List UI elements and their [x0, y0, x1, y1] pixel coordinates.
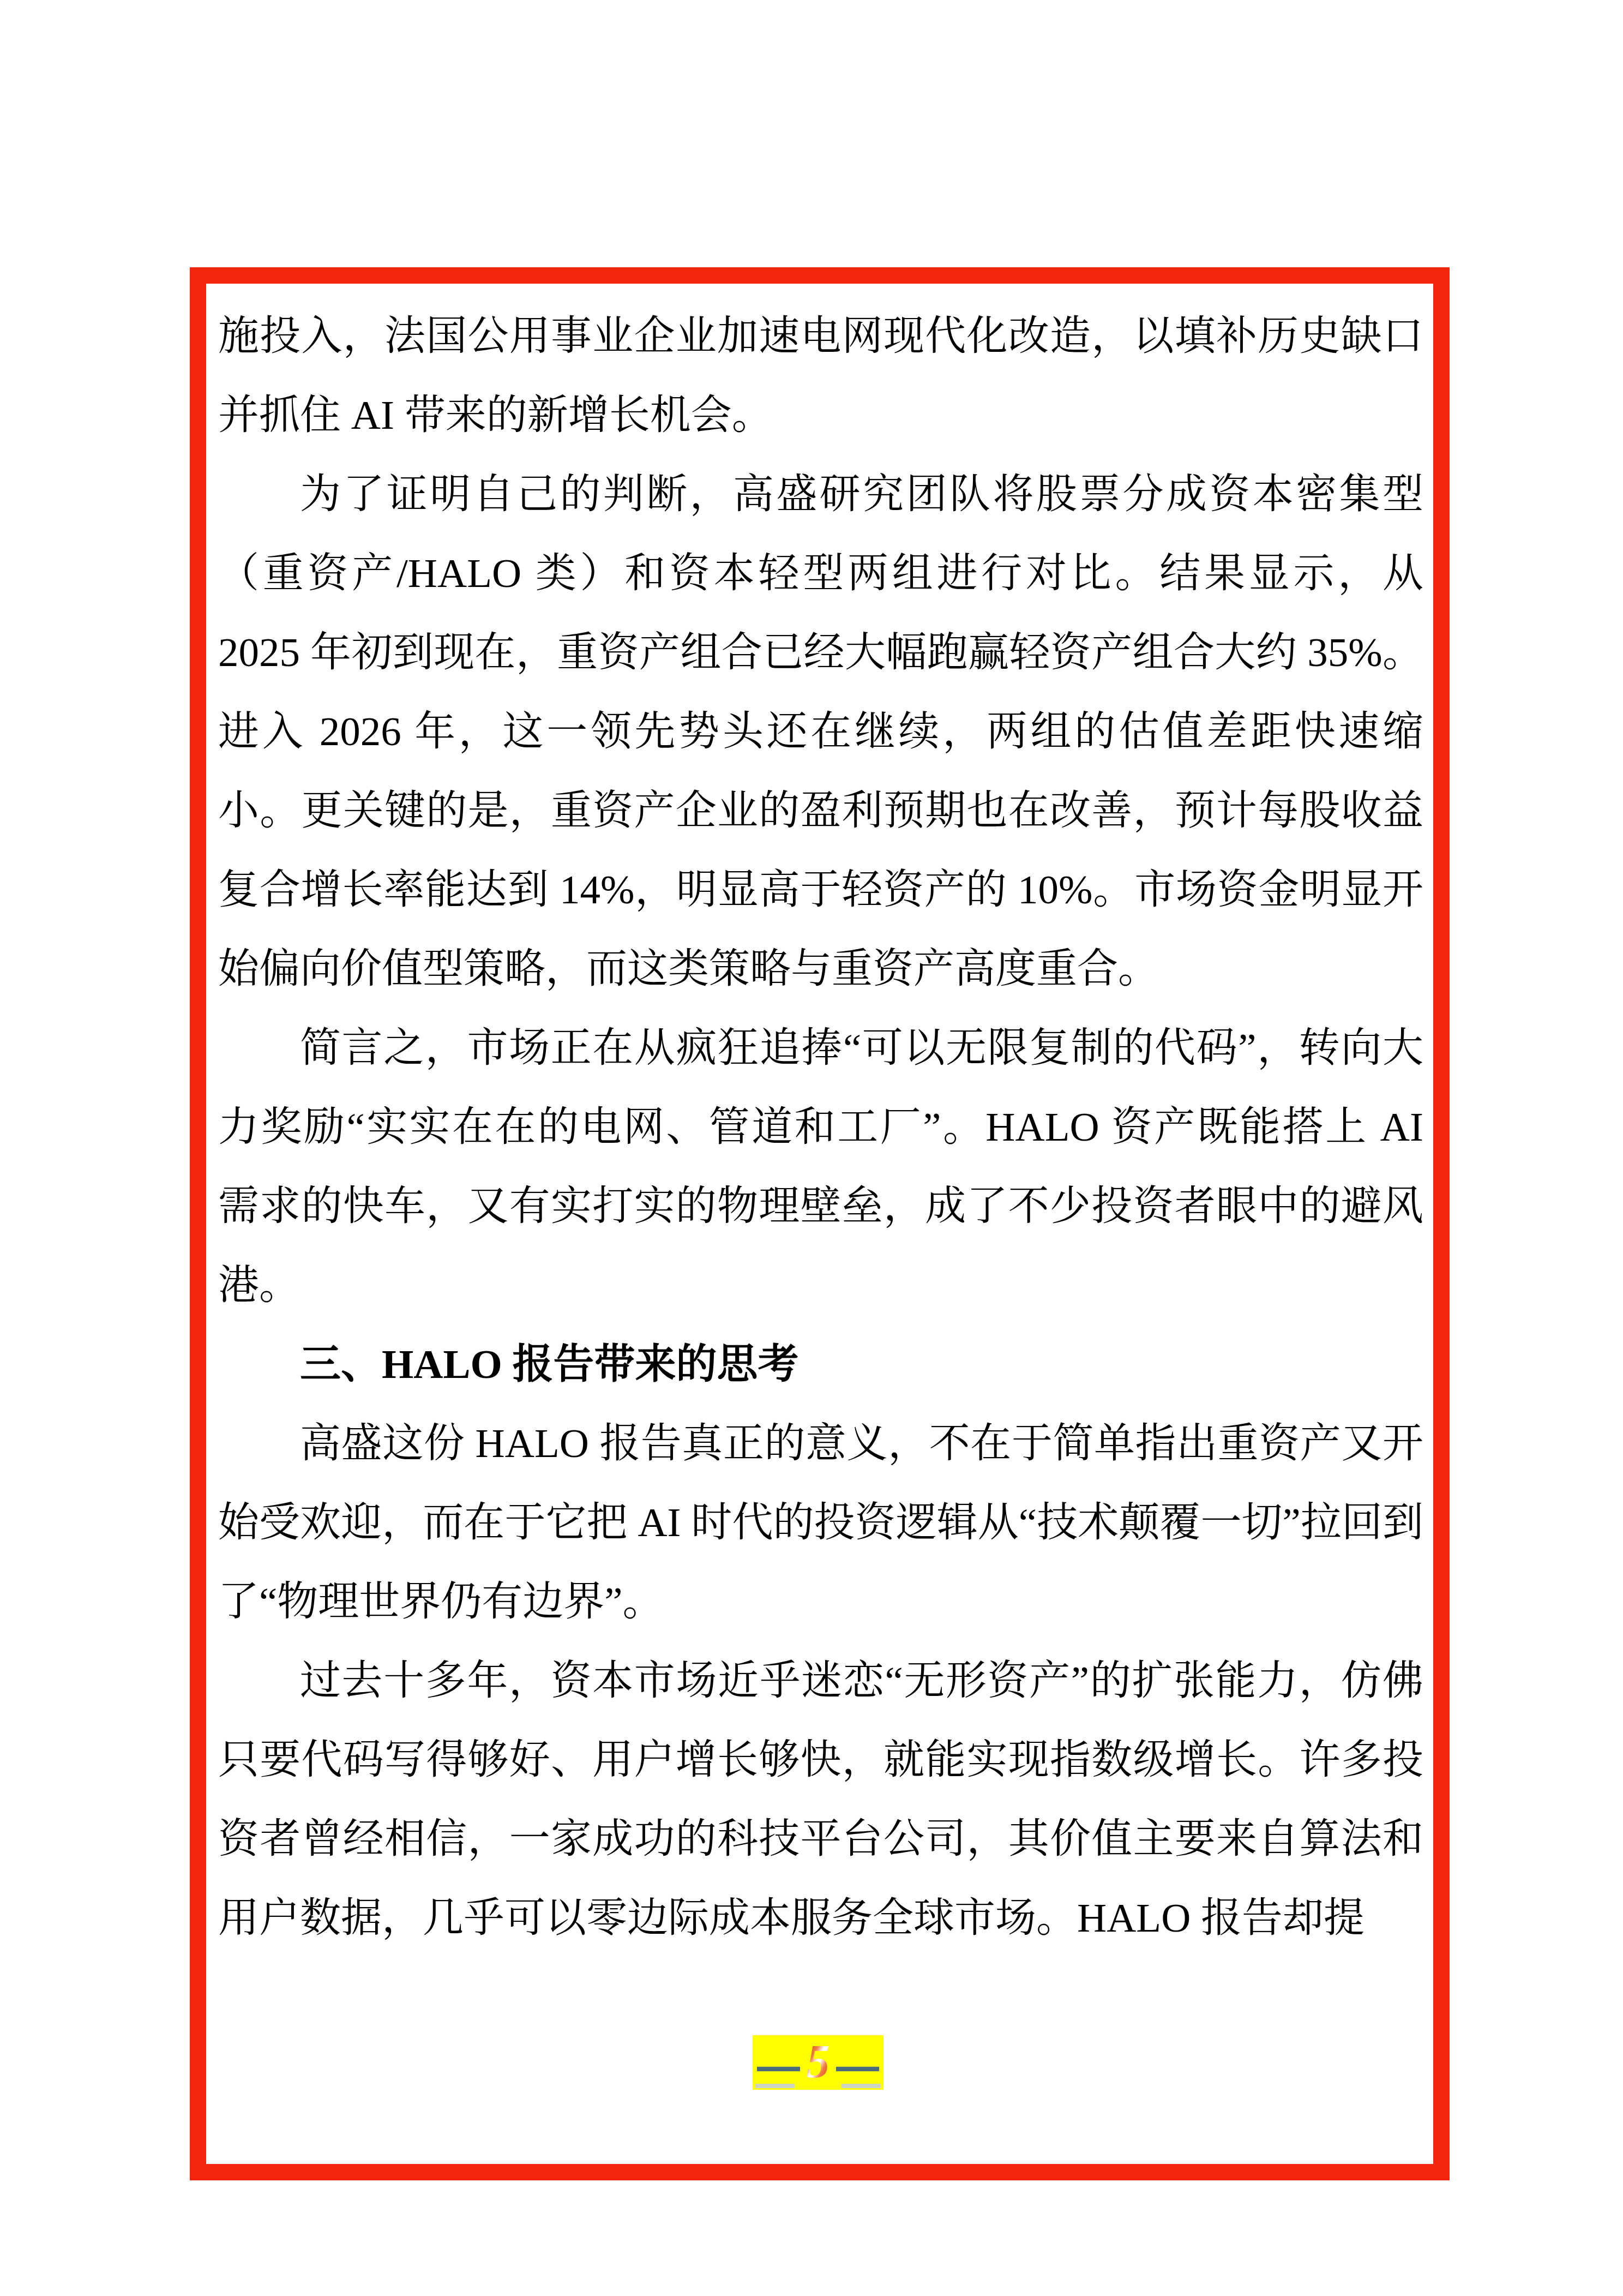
body-paragraph-1: 施投入，法国公用事业企业加速电网现代化改造，以填补历史缺口并抓住 AI 带来的新…: [218, 297, 1423, 455]
body-paragraph-3: 简言之，市场正在从疯狂追捧“可以无限复制的代码”，转向大力奖励“实实在在的电网、…: [218, 1009, 1423, 1325]
section-heading: 三、HALO 报告带来的思考: [218, 1325, 1423, 1404]
red-border-frame: 施投入，法国公用事业企业加速电网现代化改造，以填补历史缺口并抓住 AI 带来的新…: [190, 267, 1450, 2180]
page-dash-reflection-left: [755, 2084, 795, 2088]
document-page: 施投入，法国公用事业企业加速电网现代化改造，以填补历史缺口并抓住 AI 带来的新…: [0, 0, 1623, 2296]
document-body: 施投入，法国公用事业企业加速电网现代化改造，以填补历史缺口并抓住 AI 带来的新…: [218, 297, 1423, 1958]
page-number-highlight: — 5 —: [753, 2035, 883, 2090]
body-paragraph-2: 为了证明自己的判断，高盛研究团队将股票分成资本密集型（重资产/HALO 类）和资…: [218, 455, 1423, 1009]
page-dash-reflection-right: [841, 2084, 881, 2088]
body-paragraph-5: 过去十多年，资本市场近乎迷恋“无形资产”的扩张能力，仿佛只要代码写得够好、用户增…: [218, 1641, 1423, 1958]
page-number: 5: [807, 2038, 830, 2085]
body-paragraph-4: 高盛这份 HALO 报告真正的意义，不在于简单指出重资产又开始受欢迎，而在于它把…: [218, 1404, 1423, 1641]
